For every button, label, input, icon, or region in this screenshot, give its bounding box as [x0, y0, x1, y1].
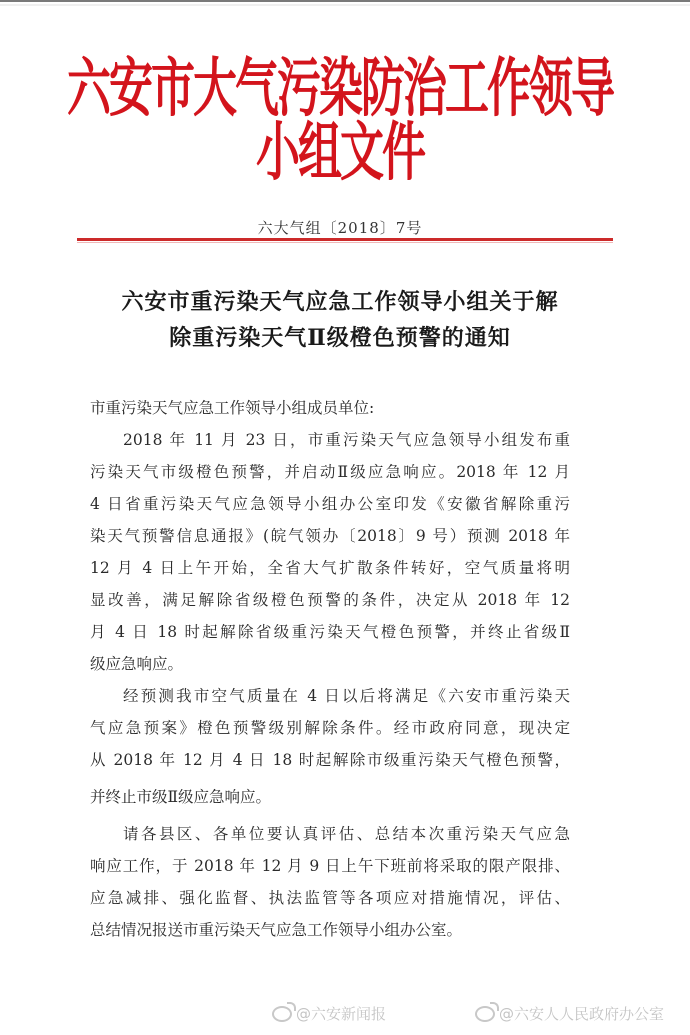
paragraph-line: 级应急响应。: [90, 648, 570, 680]
watermark-text: @六安新闻报: [296, 1003, 386, 1024]
watermark-2: @六安人人民政府办公室: [475, 1003, 664, 1024]
notice-title-line-1: 六安市重污染天气应急工作领导小组关于解: [60, 284, 620, 320]
paragraph-line: 经预测我市空气质量在 4 日以后将满足《六安市重污染天: [90, 680, 570, 712]
paragraph-1: 2018 年 11 月 23 日，市重污染天气应急领导小组发布重 污染天气市级橙…: [90, 424, 570, 680]
paragraph-line: 污染天气市级橙色预警，并启动Ⅱ级应急响应。2018 年 12 月: [90, 456, 570, 488]
red-divider-shadow: [77, 242, 613, 243]
paragraph-line: 并终止市级Ⅱ级应急响应。: [90, 781, 570, 813]
document-masthead: 六安市大气污染防治工作领导小组文件: [60, 58, 620, 186]
red-divider: [77, 238, 613, 241]
paragraph-line: 12 月 4 日上午开始，全省大气扩散条件转好，空气质量将明: [90, 552, 570, 584]
paragraph-2: 经预测我市空气质量在 4 日以后将满足《六安市重污染天 气应急预案》橙色预警级别…: [90, 680, 570, 813]
document-number: 六大气组〔2018〕7号: [60, 217, 620, 238]
paragraph-line: 2018 年 11 月 23 日，市重污染天气应急领导小组发布重: [90, 424, 570, 456]
notice-body: 市重污染天气应急工作领导小组成员单位: 2018 年 11 月 23 日，市重污…: [90, 392, 570, 946]
paragraph-line: 从 2018 年 12 月 4 日 18 时起解除市级重污染天气橙色预警，: [90, 744, 570, 776]
paragraph-line: 月 4 日 18 时起解除省级重污染天气橙色预警，并终止省级Ⅱ: [90, 616, 570, 648]
weibo-icon: [475, 1006, 495, 1022]
top-border: [0, 0, 690, 2]
paragraph-line: 染天气预警信息通报》(皖气领办〔2018〕9 号）预测 2018 年: [90, 520, 570, 552]
watermark-1: @六安新闻报: [272, 1003, 386, 1024]
watermarks: @六安新闻报 @六安人人民政府办公室: [0, 1003, 690, 1033]
weibo-icon: [272, 1006, 292, 1022]
watermark-text: @六安人人民政府办公室: [499, 1003, 664, 1024]
notice-title: 六安市重污染天气应急工作领导小组关于解 除重污染天气Ⅱ级橙色预警的通知: [60, 284, 620, 356]
top-border-light: [0, 4, 690, 6]
paragraph-3: 请各县区、各单位要认真评估、总结本次重污染天气应急 响应工作，于 2018 年 …: [90, 818, 570, 946]
salutation: 市重污染天气应急工作领导小组成员单位:: [90, 392, 570, 424]
paragraph-line: 4 日省重污染天气应急领导小组办公室印发《安徽省解除重污: [90, 488, 570, 520]
paragraph-line: 应急减排、强化监督、执法监管等各项应对措施情况，评估、: [90, 882, 570, 914]
paragraph-line: 响应工作，于 2018 年 12 月 9 日上午下班前将采取的限产限排、: [90, 850, 570, 882]
paragraph-line: 请各县区、各单位要认真评估、总结本次重污染天气应急: [90, 818, 570, 850]
paragraph-line: 气应急预案》橙色预警级别解除条件。经市政府同意，现决定: [90, 712, 570, 744]
notice-title-line-2: 除重污染天气Ⅱ级橙色预警的通知: [60, 320, 620, 356]
paragraph-line: 显改善，满足解除省级橙色预警的条件，决定从 2018 年 12: [90, 584, 570, 616]
paragraph-line: 总结情况报送市重污染天气应急工作领导小组办公室。: [90, 914, 570, 946]
